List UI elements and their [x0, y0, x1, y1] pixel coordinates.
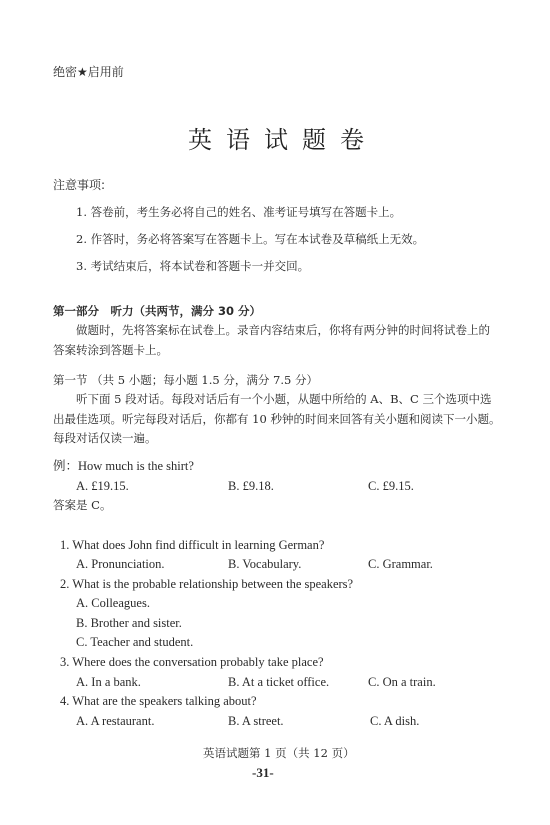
question-1-option-a: A. Pronunciation. — [76, 558, 165, 571]
question-4-option-a: A. A restaurant. — [76, 715, 154, 728]
page-label: 英语试题第 1 页（共 12 页） — [203, 748, 355, 760]
part1-heading: 第一部分 听力（共两节，满分 30 分） — [53, 306, 261, 318]
example-option-a: A. £19.15. — [76, 480, 129, 493]
notice-heading: 注意事项: — [53, 179, 105, 191]
part1-instructions-line2: 答案转涂到答题卡上。 — [53, 345, 168, 357]
question-1-option-c: C. Grammar. — [368, 558, 433, 571]
question-3-option-b: B. At a ticket office. — [228, 676, 329, 689]
page-number: -31- — [252, 766, 274, 779]
question-2: 2. What is the probable relationship bet… — [60, 578, 353, 591]
example-option-b: B. £9.18. — [228, 480, 274, 493]
question-2-option-b: B. Brother and sister. — [76, 617, 182, 630]
example-answer: 答案是 C。 — [53, 500, 111, 512]
part1-instructions-line1: 做题时，先将答案标在试卷上。录音内容结束后，你将有两分钟的时间将试卷上的 — [76, 325, 490, 337]
notice-item-2: 2. 作答时，务必将答案写在答题卡上。写在本试卷及草稿纸上无效。 — [76, 234, 424, 246]
question-3: 3. Where does the conversation probably … — [60, 656, 324, 669]
question-3-option-c: C. On a train. — [368, 676, 436, 689]
notice-item-1: 1. 答卷前，考生务必将自己的姓名、准考证号填写在答题卡上。 — [76, 207, 401, 219]
question-1-option-b: B. Vocabulary. — [228, 558, 301, 571]
question-2-option-c: C. Teacher and student. — [76, 636, 193, 649]
confidential-mark: 绝密★启用前 — [53, 66, 124, 78]
page-title: 英语试题卷 — [188, 128, 378, 152]
section1-instructions-line2: 出最佳选项。听完每段对话后，你都有 10 秒钟的时间来回答有关小题和阅读下一小题… — [53, 414, 500, 426]
example-question: 例：How much is the shirt? — [53, 460, 194, 473]
section1-heading: 第一节 （共 5 小题；每小题 1.5 分，满分 7.5 分） — [53, 375, 318, 387]
section1-instructions-line1: 听下面 5 段对话。每段对话后有一个小题，从题中所给的 A、B、C 三个选项中选 — [76, 394, 492, 406]
question-4: 4. What are the speakers talking about? — [60, 695, 257, 708]
question-2-option-a: A. Colleagues. — [76, 597, 150, 610]
question-4-option-c: C. A dish. — [370, 715, 419, 728]
question-1: 1. What does John find difficult in lear… — [60, 539, 324, 552]
question-4-option-b: B. A street. — [228, 715, 284, 728]
question-3-option-a: A. In a bank. — [76, 676, 141, 689]
example-option-c: C. £9.15. — [368, 480, 414, 493]
notice-item-3: 3. 考试结束后，将本试卷和答题卡一并交回。 — [76, 261, 309, 273]
section1-instructions-line3: 每段对话仅读一遍。 — [53, 433, 157, 445]
